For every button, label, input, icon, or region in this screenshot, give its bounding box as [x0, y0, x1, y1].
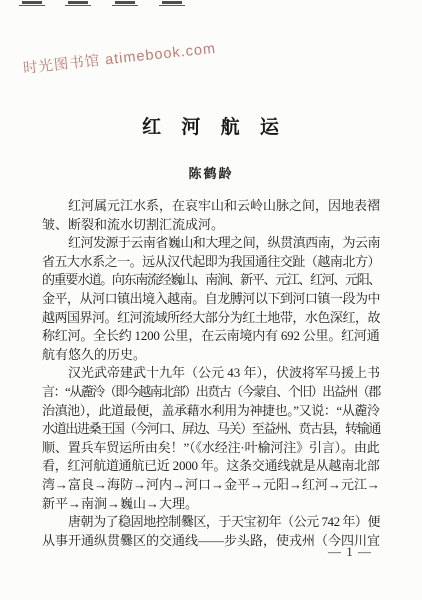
- author: 陈鹤龄: [0, 163, 422, 182]
- body-text-line: 省五大水系之一。远从汉代起即为我国通往交趾（越南北方）: [42, 253, 380, 272]
- body-text-line: 看，红河航道通航已近 2000 年。这条交通线就是从越南北部: [42, 457, 380, 476]
- body-text-line: 汉光武帝建武十九年（公元 43 年），伏波将军马援上书: [42, 364, 380, 383]
- body-text-line: 湾→富良→海防→河内→河口→金平→元阳→红河→元江→: [42, 476, 380, 495]
- page-number: — 1 —: [0, 544, 372, 560]
- body-text-line: 的重要水道。向东南流经巍山、南涧、新平、元江、红河、元阳、: [42, 271, 380, 290]
- scan-artifact-mark: [112, 0, 138, 7]
- page-title: 红 河 航 运: [0, 112, 422, 139]
- watermark: 时光图书馆 atimebook.com: [22, 37, 217, 78]
- body-text-line: 金平，从河口镇出境入越南。自龙膊河以下到河口镇一段为中: [42, 290, 380, 309]
- body-text-line: 红河属元江水系，在哀牢山和云岭山脉之间，因地表褶: [42, 197, 380, 216]
- body-text-line: 称红河。全长约 1200 公里，在云南境内有 692 公里。红河通: [42, 327, 380, 346]
- body-text-line: 水道出进桑王国（今河口、屏边、马关）至益州、贲古县，转输通: [42, 420, 380, 439]
- scan-artifacts: [0, 0, 422, 8]
- body-text-line: 航有悠久的历史。: [42, 346, 380, 365]
- scan-artifact-mark: [19, 0, 45, 7]
- body-text-line: 红河发源于云南省巍山和大理之间，纵贯滇西南，为云南: [42, 234, 380, 253]
- body-text-line: 新平→南涧→巍山→大理。: [42, 495, 380, 514]
- body-text-line: 皱、断裂和流水切割汇流成河。: [42, 216, 380, 235]
- body-text-line: 越两国界河。红河流域所经大部分为红土地带，水色深红，故: [42, 309, 380, 328]
- book-page: 时光图书馆 atimebook.com 红 河 航 运 陈鹤龄 红河属元江水系，…: [0, 0, 422, 600]
- body-text: 红河属元江水系，在哀牢山和云岭山脉之间，因地表褶皱、断裂和流水切割汇流成河。红河…: [42, 197, 380, 550]
- scan-artifact-mark: [65, 0, 91, 7]
- body-text-line: 言：“从麊泠（即今越南北部）出贲古（今蒙自、个旧）出益州（郡: [42, 383, 380, 402]
- body-text-line: 治滇池），此道最便，盖承藉水利用为神捷也。”又说：“从麊泠: [42, 402, 380, 421]
- body-text-line: 唐朝为了稳固地控制爨区，于天宝初年（公元 742 年）便: [42, 513, 380, 532]
- scan-artifact-mark: [159, 0, 185, 7]
- body-text-line: 顺、置兵车贸运所由矣！”（《水经注·叶榆河注》引言）。由此: [42, 439, 380, 458]
